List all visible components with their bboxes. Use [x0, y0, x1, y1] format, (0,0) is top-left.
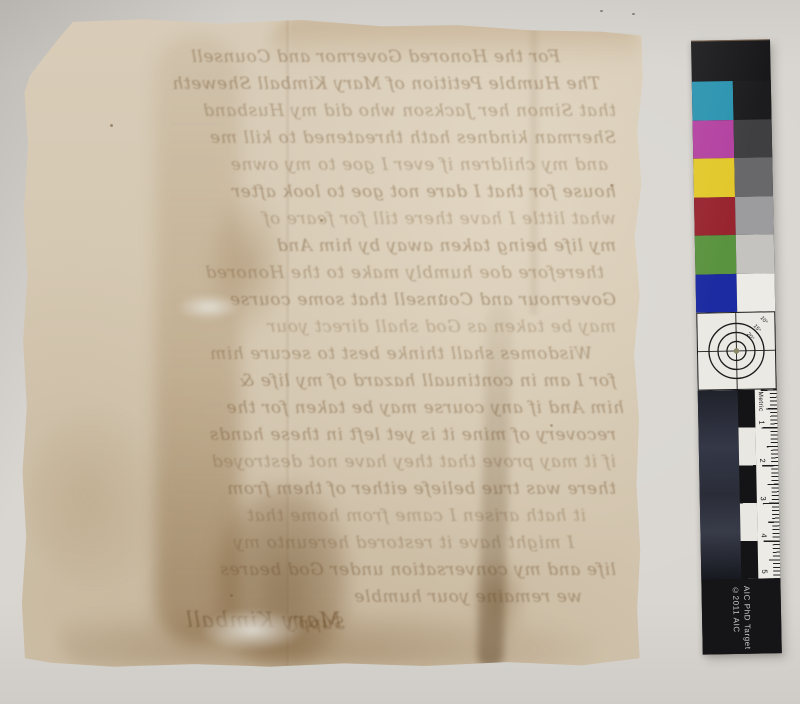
- handwriting-line: it hath arisen I came from home that: [50, 503, 630, 530]
- gray-patch-dark: [734, 119, 773, 158]
- target-attribution: AIC PhD Target ©2011 AIC: [730, 586, 753, 650]
- signature-mary-kimball: Mary Kimball: [185, 608, 341, 632]
- color-patch-dark-red: [694, 196, 736, 235]
- ruler-number-2: 2: [758, 458, 767, 462]
- handwriting-line: life and my conversation under God beare…: [50, 557, 630, 584]
- metric-ruler: Metric 1 2 3 4 5: [698, 389, 781, 579]
- gray-patch-light: [736, 234, 775, 273]
- ruler-number-4: 4: [759, 533, 768, 537]
- patch-row: [692, 80, 772, 120]
- color-patch-yellow: [693, 158, 735, 197]
- gray-patch-black: [733, 80, 772, 119]
- handwriting-line: Sherman kindnes hath threatened to kill …: [50, 125, 630, 152]
- handwriting-line: may be taken as God shall direct your: [50, 314, 630, 341]
- handwriting-line: there was true beliefe either of them fr…: [50, 476, 630, 503]
- manuscript-page: 265 For the Honored Governor and Counsel…: [20, 14, 644, 668]
- handwriting-line: him And if any course may be taken for t…: [50, 395, 630, 422]
- handwriting-line: we remaine your humble: [50, 584, 630, 611]
- handwriting-line: that Simon her Jackson who did my Husban…: [50, 98, 630, 125]
- color-patch-cyan: [692, 81, 734, 120]
- color-patch-green: [695, 235, 737, 274]
- handwriting-line: therefore doe humbly make to the Honored: [50, 260, 630, 287]
- gray-patch-mid-dark: [734, 157, 773, 196]
- aic-phd-color-target: 10° 15° 20° Metric 1 2 3 4 5 AIC PhD Tar…: [691, 39, 782, 654]
- color-patch-magenta: [693, 119, 735, 158]
- target-black-header: [691, 40, 771, 82]
- ruler-number-3: 3: [759, 496, 768, 500]
- color-patch-blue: [695, 273, 737, 312]
- target-copyright: ©2011 AIC: [730, 586, 742, 650]
- dust-speck: [632, 13, 635, 15]
- patch-row: [693, 157, 773, 197]
- patch-row: [695, 234, 775, 274]
- handwriting-line: Governour and Counsell that some course: [50, 287, 630, 314]
- handwriting-line: house for that I dare not goe to look af…: [50, 179, 630, 206]
- handwriting-line: if it may prove that they have not destr…: [50, 449, 630, 476]
- gray-patch-mid: [735, 196, 774, 235]
- ruler-unit-label: Metric: [757, 391, 764, 411]
- target-black-footer: AIC PhD Target ©2011 AIC: [701, 578, 781, 655]
- target-title: AIC PhD Target: [741, 586, 753, 650]
- patch-row: [694, 196, 774, 236]
- handwriting-line: Wisdomes shall thinke best to secure him: [50, 341, 630, 368]
- bleedthrough-handwriting: For the Honored Governor and Counsell Th…: [50, 44, 630, 638]
- ruler-tick-scale: Metric 1 2 3 4 5: [755, 389, 781, 578]
- handwriting-line: my life being taken away by him And: [50, 233, 630, 260]
- bullseye-target: 10° 15° 20°: [696, 311, 776, 391]
- handwriting-line: recovery of mine it is yet left in these…: [50, 422, 630, 449]
- gray-patch-white: [736, 273, 775, 312]
- ruler-number-5: 5: [760, 569, 769, 573]
- ruler-number-1: 1: [757, 420, 766, 424]
- handwriting-line: The Humble Petition of Mary Kimball Shew…: [50, 71, 630, 98]
- handwriting-line: I might have it restored hereunto my: [50, 530, 630, 557]
- handwriting-line: For the Honored Governor and Counsell: [50, 44, 630, 71]
- handwriting-line: what little I have there till for feare …: [50, 206, 630, 233]
- gloss-reference-strip: [698, 390, 742, 580]
- patch-row: [693, 119, 773, 159]
- handwriting-line: and my children if ever I goe to my owne: [50, 152, 630, 179]
- handwriting-line: for I am in continuall hazard of my life…: [50, 368, 630, 395]
- dust-speck: [600, 10, 603, 12]
- patch-row: [695, 273, 775, 313]
